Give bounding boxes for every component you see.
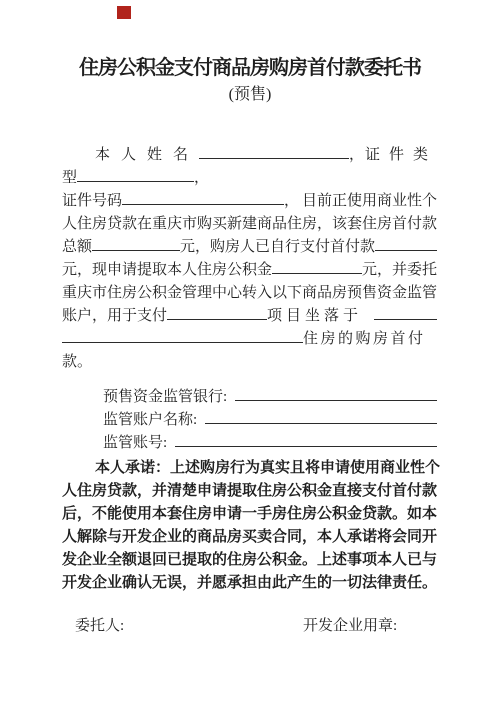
developer-seal-label: 开发企业用章: <box>303 615 397 638</box>
line-sentence-end: 款。 <box>62 351 437 374</box>
line-downpayment-total: 总额元，购房人已自行支付首付款 <box>62 236 437 259</box>
supervision-bank-label: 预售资金监管银行: <box>103 386 227 409</box>
idnumber-label: 证件号码 <box>62 190 122 213</box>
comma-text: ， <box>194 167 209 190</box>
line-name-and-idtype: 本人姓名，证件类 <box>62 144 437 167</box>
promise-text: 人住房贷款，并清楚申请提取住房公积金直接支付首付款 <box>62 480 437 503</box>
account-number-blank-underline <box>175 434 437 447</box>
document-subtitle: (预售) <box>0 85 500 105</box>
idtype-label-cont: 型 <box>62 167 77 190</box>
promise-text: 后，不能使用本套住房申请一手房住房公积金贷款。如本 <box>62 503 437 526</box>
delegator-label: 委托人: <box>75 615 124 638</box>
line-fund-withdrawal: 元，现申请提取本人住房公积金元，并委托 <box>62 259 437 282</box>
account-number-label: 监管账号: <box>103 432 167 455</box>
loan-intro-text: 目前正使用商业性个 <box>302 190 437 213</box>
entrust-text: 元，并委托 <box>362 259 437 282</box>
name-blank-underline <box>199 146 349 159</box>
loan-description-text: 人住房贷款在重庆市购买新建商品住房，该套住房首付款 <box>62 213 437 236</box>
line-loan-description: 人住房贷款在重庆市购买新建商品住房，该套住房首付款 <box>62 213 437 236</box>
total-amount-blank-underline <box>92 238 180 251</box>
promise-text: 发企业全额退回已提取的住房公积金。上述事项本人已与 <box>62 549 437 572</box>
paid-amount-blank-underline <box>375 238 437 251</box>
promise-paragraph: 本人承诺：上述购房行为真实且将申请使用商业性个 人住房贷款，并清楚申请提取住房公… <box>62 457 437 595</box>
line-project-location: 账户，用于支付项目坐落于 <box>62 305 437 328</box>
pay-for-text: 账户，用于支付 <box>62 305 167 328</box>
line-account-name: 监管账户名称: <box>62 409 437 432</box>
downpayment-of-house-text: 住房的购房首付 <box>303 328 426 351</box>
idtype-blank-underline <box>77 169 194 182</box>
paid-downpayment-text: 元，购房人已自行支付首付款 <box>180 236 375 259</box>
comma-text: ， <box>284 190 299 213</box>
promise-text: 本人承诺：上述购房行为真实且将申请使用商业性个 <box>95 457 440 480</box>
sentence-end-text: 款。 <box>62 351 92 374</box>
supervision-bank-blank-underline <box>235 388 437 401</box>
withdraw-amount-blank-underline <box>272 261 362 274</box>
line-idnumber: 证件号码，目前正使用商业性个 <box>62 190 437 213</box>
signature-row: 委托人: 开发企业用章: <box>62 615 437 638</box>
line-idtype-continued: 型， <box>62 167 437 190</box>
withdraw-text: 元，现申请提取本人住房公积金 <box>62 259 272 282</box>
document-body: 本人姓名，证件类 型， 证件号码，目前正使用商业性个 人住房贷款在重庆市购买新建… <box>62 144 437 638</box>
promise-line: 发企业全额退回已提取的住房公积金。上述事项本人已与 <box>62 549 437 572</box>
name-label: 本人姓名 <box>95 144 199 167</box>
project-name-blank-underline <box>167 307 267 320</box>
document-page: 住房公积金支付商品房购房首付款委托书 (预售) 本人姓名，证件类 型， 证件号码… <box>0 0 500 707</box>
located-at-text: 项目坐落于 <box>267 305 362 328</box>
promise-text: 开发企业确认无误，并愿承担由此产生的一切法律责任。 <box>62 572 437 595</box>
total-label: 总额 <box>62 236 92 259</box>
line-location-continued: 住房的购房首付 <box>62 328 437 351</box>
promise-line: 人解除与开发企业的商品房买卖合同，本人承诺将会同开 <box>62 526 437 549</box>
location-blank-underline-2 <box>62 330 303 343</box>
promise-line: 后，不能使用本套住房申请一手房住房公积金贷款。如本 <box>62 503 437 526</box>
line-transfer-description: 重庆市住房公积金管理中心转入以下商品房预售资金监管 <box>62 282 437 305</box>
line-account-number: 监管账号: <box>62 432 437 455</box>
transfer-description-text: 重庆市住房公积金管理中心转入以下商品房预售资金监管 <box>62 282 437 305</box>
account-name-label: 监管账户名称: <box>103 409 197 432</box>
promise-text: 人解除与开发企业的商品房买卖合同，本人承诺将会同开 <box>62 526 437 549</box>
red-flag-mark <box>117 6 131 19</box>
account-name-blank-underline <box>205 411 437 424</box>
supervision-block: 预售资金监管银行: 监管账户名称: 监管账号: <box>62 386 437 455</box>
line-supervision-bank: 预售资金监管银行: <box>62 386 437 409</box>
comma-text: ， <box>349 144 364 167</box>
document-title: 住房公积金支付商品房购房首付款委托书 <box>0 54 500 82</box>
promise-line: 本人承诺：上述购房行为真实且将申请使用商业性个 <box>62 457 437 480</box>
idtype-label: 证件类 <box>365 144 437 167</box>
promise-line: 开发企业确认无误，并愿承担由此产生的一切法律责任。 <box>62 572 437 595</box>
idnumber-blank-underline <box>122 192 284 205</box>
promise-line: 人住房贷款，并清楚申请提取住房公积金直接支付首付款 <box>62 480 437 503</box>
location-blank-underline <box>374 307 437 320</box>
